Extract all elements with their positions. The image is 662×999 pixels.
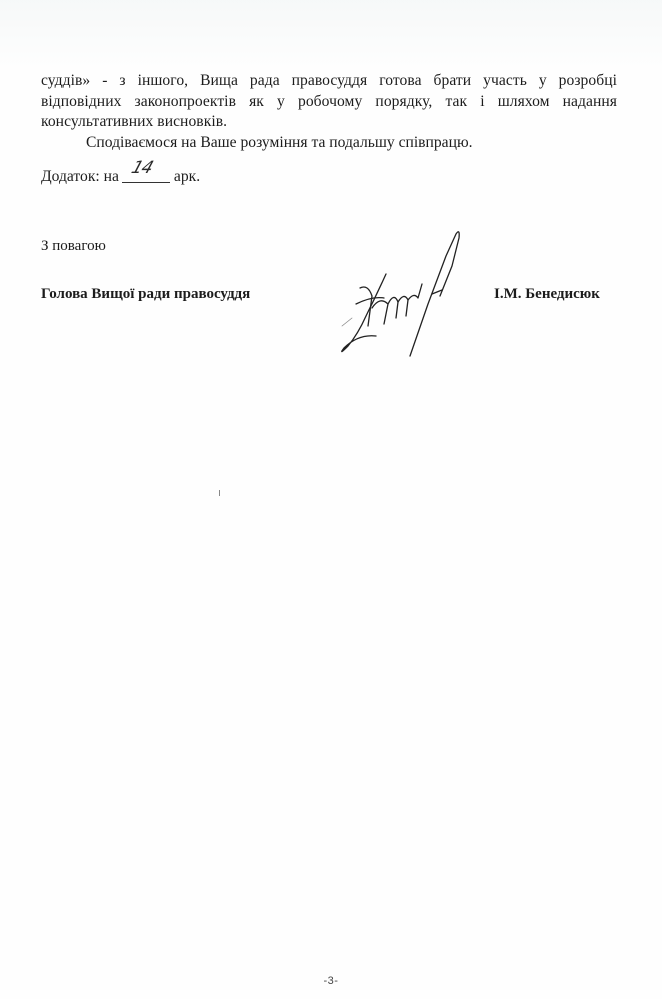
paragraph-line: консультативних висновків. (41, 112, 617, 133)
handwritten-sheet-count: 14 (129, 158, 155, 178)
paragraph-line: відповідних законопроектів як у робочому… (41, 92, 617, 113)
signatory-position: Голова Вищої ради правосуддя (41, 284, 250, 304)
paragraph-closing-hope: Сподіваємося на Ваше розуміння та подаль… (86, 133, 473, 153)
paragraph-line: суддів» - з іншого, Вища рада правосуддя… (41, 71, 617, 92)
page-number: -3- (0, 975, 662, 987)
attachment-prefix: Додаток: на (41, 168, 119, 185)
signatory-name: І.М. Бенедисюк (494, 284, 600, 304)
signature-icon (328, 226, 488, 362)
attachment-blank: 14 (122, 166, 170, 183)
scan-noise (0, 0, 662, 70)
attachment-suffix: арк. (174, 168, 200, 185)
paragraph-continuation: суддів» - з іншого, Вища рада правосуддя… (41, 71, 617, 133)
attachment-line: Додаток: на14арк. (41, 166, 200, 187)
document-page: суддів» - з іншого, Вища рада правосуддя… (0, 0, 662, 999)
closing-salutation: З повагою (41, 236, 106, 256)
scan-artifact (219, 490, 220, 496)
